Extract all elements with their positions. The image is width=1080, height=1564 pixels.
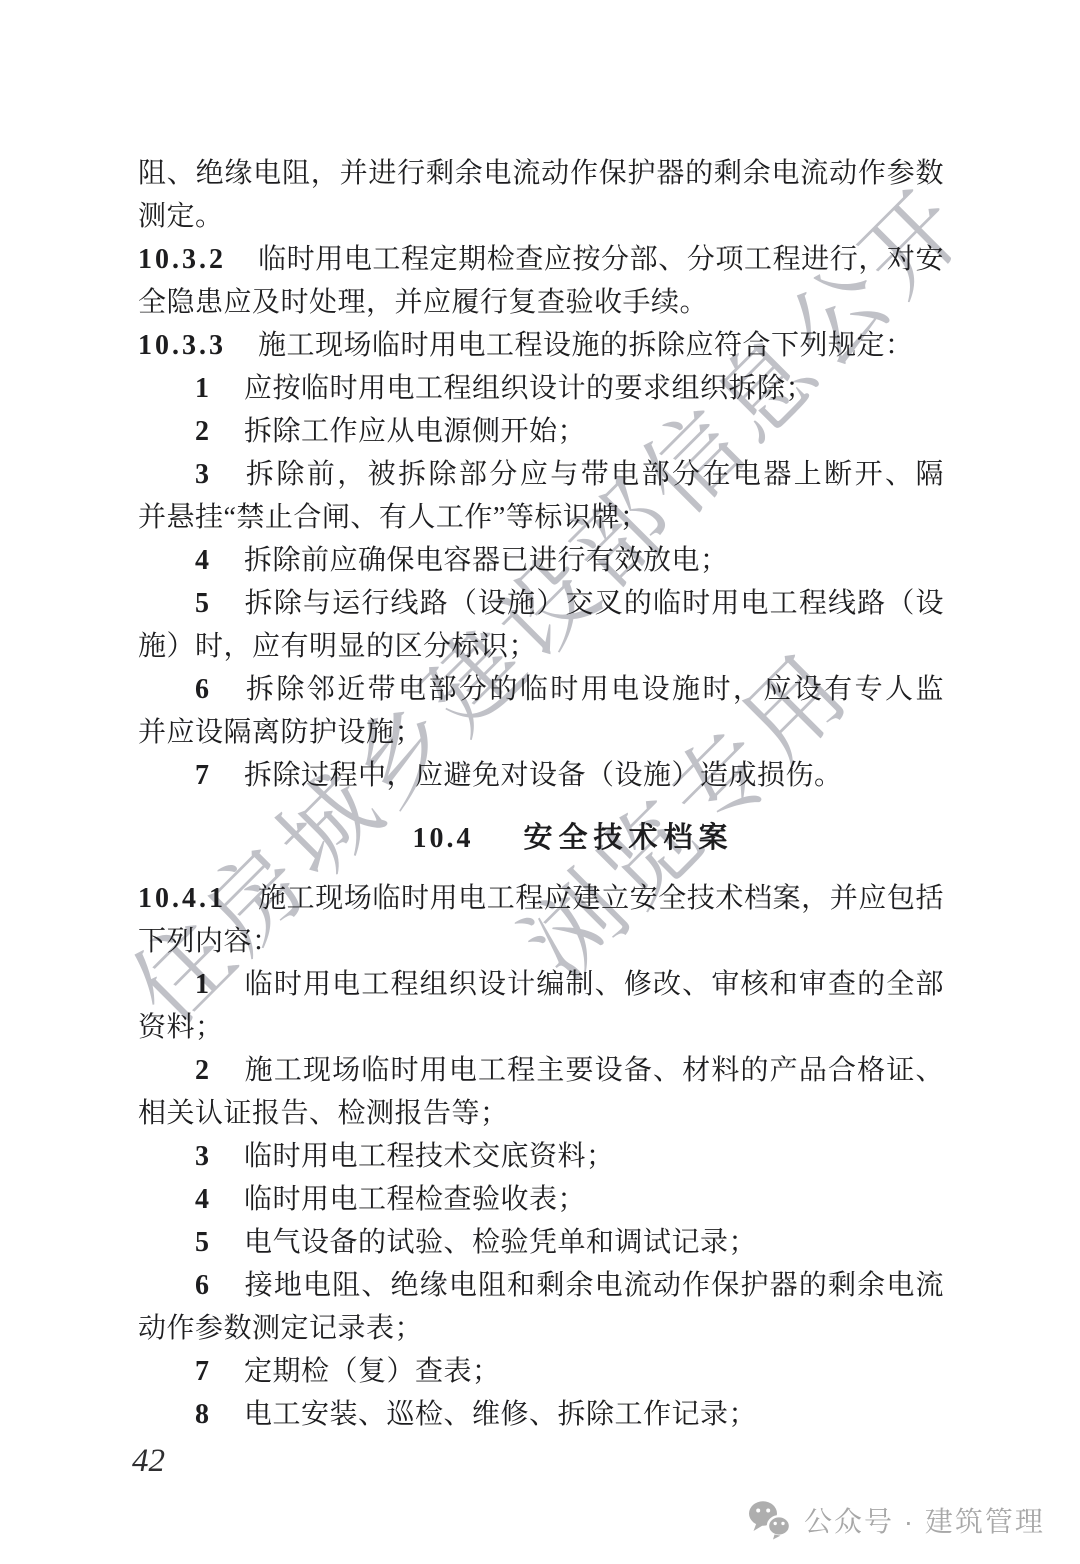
text-line: 施）时，应有明显的区分标识； — [138, 625, 944, 668]
line-text: 施工现场临时用电工程应建立安全技术档案，并应包括 — [258, 883, 944, 914]
line-text: 接地电阻、绝缘电阻和剩余电流动作保护器的剩余电流 — [244, 1270, 944, 1301]
text-line: 阻、绝缘电阻，并进行剩余电流动作保护器的剩余电流动作参数 — [138, 152, 944, 195]
line-text: 并应设隔离防护设施； — [138, 717, 423, 748]
clause-number: 6 — [195, 674, 212, 705]
clause-number: 7 — [195, 760, 212, 791]
line-text: 下列内容： — [138, 926, 281, 957]
line-text: 应按临时用电工程组织设计的要求组织拆除； — [244, 373, 814, 404]
text-line: 6接地电阻、绝缘电阻和剩余电流动作保护器的剩余电流 — [138, 1264, 944, 1307]
text-line: 5拆除与运行线路（设施）交叉的临时用电工程线路（设 — [138, 582, 944, 625]
text-line: 4临时用电工程检查验收表； — [138, 1178, 944, 1221]
line-text: 拆除前应确保电容器已进行有效放电； — [244, 545, 729, 576]
text-line: 6拆除邻近带电部分的临时用电设施时，应设有专人监护， — [138, 668, 944, 711]
text-line: 测定。 — [138, 195, 944, 238]
text-line: 动作参数测定记录表； — [138, 1307, 944, 1350]
section-heading: 10.4安全技术档案 — [170, 817, 976, 860]
text-line: 4拆除前应确保电容器已进行有效放电； — [138, 539, 944, 582]
line-text: 临时用电工程组织设计编制、修改、审核和审查的全部 — [244, 969, 944, 1000]
line-text: 全隐患应及时处理，并应履行复查验收手续。 — [138, 287, 708, 318]
line-text: 施）时，应有明显的区分标识； — [138, 631, 537, 662]
line-text: 临时用电工程检查验收表； — [244, 1184, 586, 1215]
line-text: 临时用电工程定期检查应按分部、分项工程进行，对安 — [258, 244, 944, 275]
line-text: 临时用电工程技术交底资料； — [244, 1141, 615, 1172]
clause-number: 5 — [195, 588, 212, 619]
line-text: 并悬挂“禁止合闸、有人工作”等标识牌； — [138, 502, 648, 533]
clause-number: 10.3.3 — [138, 330, 226, 361]
text-line: 资料； — [138, 1006, 944, 1049]
line-text: 施工现场临时用电工程设施的拆除应符合下列规定： — [258, 330, 914, 361]
clause-number: 10.4.1 — [138, 883, 226, 914]
wechat-icon — [748, 1500, 792, 1540]
text-line: 7定期检（复）查表； — [138, 1350, 944, 1393]
text-line: 8电工安装、巡检、维修、拆除工作记录； — [138, 1393, 944, 1436]
wechat-banner-label: 公众号 · 建筑管理 — [804, 1500, 1045, 1540]
text-line: 1应按临时用电工程组织设计的要求组织拆除； — [138, 367, 944, 410]
clause-number: 3 — [195, 459, 212, 490]
line-text: 动作参数测定记录表； — [138, 1313, 423, 1344]
text-line: 并悬挂“禁止合闸、有人工作”等标识牌； — [138, 496, 944, 539]
text-line: 并应设隔离防护设施； — [138, 711, 944, 754]
text-line: 5电气设备的试验、检验凭单和调试记录； — [138, 1221, 944, 1264]
page-number: 42 — [132, 1443, 165, 1480]
line-text: 资料； — [138, 1012, 224, 1043]
line-text: 拆除与运行线路（设施）交叉的临时用电工程线路（设 — [244, 588, 944, 619]
line-text: 拆除过程中，应避免对设备（设施）造成损伤。 — [244, 760, 843, 791]
clause-number: 2 — [195, 416, 212, 447]
clause-number: 10.3.2 — [138, 244, 226, 275]
clause-number: 10.4 — [412, 823, 473, 854]
line-text: 拆除邻近带电部分的临时用电设施时，应设有专人监护， — [195, 674, 944, 711]
clause-number: 4 — [195, 1184, 212, 1215]
line-text: 施工现场临时用电工程主要设备、材料的产品合格证、 — [244, 1055, 944, 1086]
clause-number: 2 — [195, 1055, 212, 1086]
clause-number: 1 — [195, 373, 212, 404]
clause-number: 6 — [195, 1270, 212, 1301]
clause-number: 1 — [195, 969, 212, 1000]
line-text: 拆除前，被拆除部分应与带电部分在电器上断开、隔离， — [195, 459, 944, 496]
text-line: 10.3.2临时用电工程定期检查应按分部、分项工程进行，对安 — [138, 238, 944, 281]
line-text: 阻、绝缘电阻，并进行剩余电流动作保护器的剩余电流动作参数 — [138, 158, 944, 189]
text-line: 2施工现场临时用电工程主要设备、材料的产品合格证、 — [138, 1049, 944, 1092]
text-line: 全隐患应及时处理，并应履行复查验收手续。 — [138, 281, 944, 324]
text-line: 3拆除前，被拆除部分应与带电部分在电器上断开、隔离， — [138, 453, 944, 496]
text-line: 2拆除工作应从电源侧开始； — [138, 410, 944, 453]
line-text: 安全技术档案 — [523, 822, 733, 854]
wechat-banner: 公众号 · 建筑管理 — [748, 1498, 1045, 1542]
line-text: 定期检（复）查表； — [244, 1356, 501, 1387]
text-line: 下列内容： — [138, 920, 944, 963]
line-text: 电工安装、巡检、维修、拆除工作记录； — [244, 1399, 757, 1430]
text-line: 1临时用电工程组织设计编制、修改、审核和审查的全部 — [138, 963, 944, 1006]
document-text-block: 阻、绝缘电阻，并进行剩余电流动作保护器的剩余电流动作参数测定。10.3.2临时用… — [138, 152, 944, 1436]
clause-number: 5 — [195, 1227, 212, 1258]
line-text: 拆除工作应从电源侧开始； — [244, 416, 586, 447]
text-line: 3临时用电工程技术交底资料； — [138, 1135, 944, 1178]
text-line: 相关认证报告、检测报告等； — [138, 1092, 944, 1135]
clause-number: 4 — [195, 545, 212, 576]
clause-number: 7 — [195, 1356, 212, 1387]
clause-number: 8 — [195, 1399, 212, 1430]
clause-number: 3 — [195, 1141, 212, 1172]
document-page: { "document": { "lines": [ { "type": "bo… — [0, 0, 1080, 1564]
line-text: 电气设备的试验、检验凭单和调试记录； — [244, 1227, 757, 1258]
line-text: 测定。 — [138, 201, 224, 232]
line-text: 相关认证报告、检测报告等； — [138, 1098, 509, 1129]
text-line: 10.4.1施工现场临时用电工程应建立安全技术档案，并应包括 — [138, 877, 944, 920]
text-line: 7拆除过程中，应避免对设备（设施）造成损伤。 — [138, 754, 944, 797]
text-line: 10.3.3施工现场临时用电工程设施的拆除应符合下列规定： — [138, 324, 944, 367]
